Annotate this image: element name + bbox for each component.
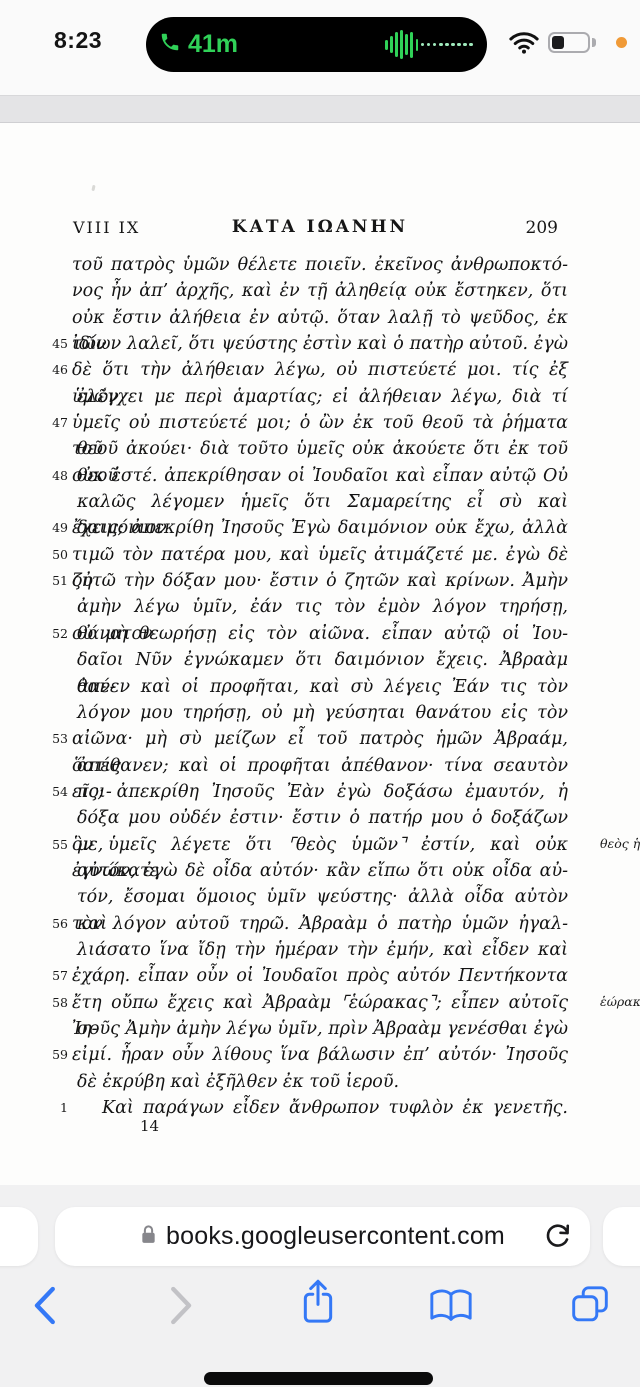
line-text: ἐλέγχει με περὶ ἁμαρτίας; εἰ ἀλήθειαν λέ… [77,384,568,410]
text-line: 51ζητῶ τὴν δόξαν μου· ἔστιν ὁ ζητῶν καὶ … [72,568,568,594]
verse-number: 56 [43,911,68,937]
back-button[interactable] [31,1284,58,1332]
text-line: λόγον μου τηρήσῃ, οὐ μὴ γεύσηται θανάτου… [72,700,568,726]
text-line: νος ἦν ἀπ’ ἀρχῆς, καὶ ἐν τῇ ἀληθείᾳ οὐκ … [72,278,568,304]
text-line: 56τὸν λόγον αὐτοῦ τηρῶ. Ἀβραὰμ ὁ πατὴρ ὑ… [72,911,568,937]
battery-level-fill [552,36,564,49]
text-line: 55ὃν ὑμεῖς λέγετε ὅτι ⌜θεὸς ὑμῶν⌝ ἐστίν,… [72,832,568,858]
text-line: θεοῦ ἀκούει· διὰ τοῦτο ὑμεῖς οὐκ ἀκούετε… [72,436,568,462]
line-text: σοῦς Ἀμὴν ἀμὴν λέγω ὑμῖν, πρὶν Ἀβραὰμ γε… [77,1016,568,1042]
verse-number: 55 [43,832,68,858]
audio-waveform-icon [385,17,473,72]
text-line: 52οὐ μὴ θεωρήσῃ εἰς τὸν αἰῶνα. εἶπαν αὐτ… [72,621,568,647]
line-text: τοῦ πατρὸς ὑμῶν θέλετε ποιεῖν. ἐκεῖνος ἀ… [72,252,568,278]
text-line: 45ἰδίων λαλεῖ, ὅτι ψεύστης ἐστὶν καὶ ὁ π… [72,331,568,357]
line-text: εἰμί. ἦραν οὖν λίθους ἵνα βάλωσιν ἐπ’ αὐ… [72,1042,568,1068]
verse-number: 58 [43,990,68,1016]
iphone-safari-screen: { "status_bar": { "time": "8:23", "call_… [0,0,640,1387]
text-line: 58ἔτη οὔπω ἔχεις καὶ Ἀβραὰμ ⌜ἑώρακας⌝; ε… [72,990,568,1016]
text-line: ἀπέθανεν; καὶ οἱ προφῆται ἀπέθανον· τίνα… [72,753,568,779]
text-line: καλῶς λέγομεν ἡμεῖς ὅτι Σαμαρείτης εἶ σὺ… [72,489,568,515]
line-text: οὐκ ἐστέ. ἀπεκρίθησαν οἱ Ἰουδαῖοι καὶ εἶ… [72,463,568,489]
line-text: θανεν καὶ οἱ προφῆται, καὶ σὺ λέγεις Ἐάν… [77,674,568,700]
verse-number: 50 [43,542,68,568]
text-line: λιάσατο ἵνα ἴδῃ τὴν ἡμέραν τὴν ἐμήν, καὶ… [72,937,568,963]
safari-bottom-chrome: books.googleusercontent.com [0,1185,640,1387]
text-line: δαῖοι Νῦν ἐγνώκαμεν ὅτι δαιμόνιον ἔχεις.… [72,647,568,673]
scan-speck [91,185,95,191]
text-line: 59εἰμί. ἦραν οὖν λίθους ἵνα βάλωσιν ἐπ’ … [72,1042,568,1068]
margin-note: θεὸς ἡμ [600,836,640,851]
collapsed-tab-bar-band[interactable] [0,95,640,123]
verse-number: 54 [43,779,68,805]
phone-icon [159,31,181,58]
text-line: 57ἐχάρη. εἶπαν οὖν οἱ Ἰουδαῖοι πρὸς αὐτό… [72,963,568,989]
status-bar: 8:23 41m [0,0,640,95]
verse-number: 51 [43,568,68,594]
text-line: 53αἰῶνα· μὴ σὺ μείζων εἶ τοῦ πατρὸς ἡμῶν… [72,726,568,752]
line-text: αὐτόν, ἐγὼ δὲ οἶδα αὐτόν· κἂν εἴπω ὅτι ο… [77,858,568,884]
call-duration-label: 41m [188,30,238,59]
line-text: νος ἦν ἀπ’ ἀρχῆς, καὶ ἐν τῇ ἀληθείᾳ οὐκ … [72,278,568,304]
signature-mark: 14 [140,1117,159,1135]
text-line: 50τιμῶ τὸν πατέρα μου, καὶ ὑμεῖς ἀτιμάζε… [72,542,568,568]
verse-number: 59 [43,1042,68,1068]
page-number: 209 [526,218,558,238]
lock-icon [140,1223,157,1251]
line-text: εῖς; ἀπεκρίθη Ἰησοῦς Ἐὰν ἐγὼ δοξάσω ἐμαυ… [72,779,568,805]
home-indicator[interactable] [204,1372,433,1385]
microphone-privacy-indicator [616,37,627,48]
bookmarks-button[interactable] [428,1288,474,1330]
dynamic-island-call-pill[interactable]: 41m [146,17,487,72]
tabs-button[interactable] [570,1283,610,1330]
line-text: λόγον μου τηρήσῃ, οὐ μὴ γεύσηται θανάτου… [77,700,568,726]
line-text: ἐχάρη. εἶπαν οὖν οἱ Ἰουδαῖοι πρὸς αὐτόν … [72,963,568,989]
text-line: δόξα μου οὐδέν ἐστιν· ἔστιν ὁ πατήρ μου … [72,805,568,831]
verse-number: 53 [43,726,68,752]
line-text: ζητῶ τὴν δόξαν μου· ἔστιν ὁ ζητῶν καὶ κρ… [72,568,568,594]
text-line: 54εῖς; ἀπεκρίθη Ἰησοῦς Ἐὰν ἐγὼ δοξάσω ἐμ… [72,779,568,805]
line-text: λιάσατο ἵνα ἴδῃ τὴν ἡμέραν τὴν ἐμήν, καὶ… [77,937,568,963]
text-line: 46δὲ ὅτι τὴν ἀλήθειαν λέγω, οὐ πιστεύετέ… [72,357,568,383]
verse-number: 1 [43,1095,68,1121]
line-text: οὐ μὴ θεωρήσῃ εἰς τὸν αἰῶνα. εἶπαν αὐτῷ … [72,621,568,647]
verse-number: 47 [43,410,68,436]
page-header: VIII IX ΚΑΤΑ ΙΩΑΝΗΝ 209 [0,218,640,240]
url-bar[interactable]: books.googleusercontent.com [55,1207,590,1266]
status-time: 8:23 [54,27,102,54]
verse-number: 45 [43,331,68,357]
text-line: 48οὐκ ἐστέ. ἀπεκρίθησαν οἱ Ἰουδαῖοι καὶ … [72,463,568,489]
margin-note: ἑώρακέ [600,994,640,1009]
previous-tab-pill[interactable] [0,1207,38,1266]
text-line: ἀμὴν λέγω ὑμῖν, ἐάν τις τὸν ἐμὸν λόγον τ… [72,594,568,620]
text-line: θανεν καὶ οἱ προφῆται, καὶ σὺ λέγεις Ἐάν… [72,674,568,700]
book-page-scan[interactable]: VIII IX ΚΑΤΑ ΙΩΑΝΗΝ 209 τοῦ πατρὸς ὑμῶν … [0,123,640,1185]
next-tab-pill[interactable] [603,1207,640,1266]
url-text: books.googleusercontent.com [166,1222,505,1251]
share-button[interactable] [299,1277,337,1332]
line-text: ἔχεις; ἀπεκρίθη Ἰησοῦς Ἐγὼ δαιμόνιον οὐκ… [72,515,568,541]
text-line: 49ἔχεις; ἀπεκρίθη Ἰησοῦς Ἐγὼ δαιμόνιον ο… [72,515,568,541]
line-text: δὲ ἐκρύβη καὶ ἐξῆλθεν ἐκ τοῦ ἱεροῦ. [77,1069,568,1095]
text-line: οὐκ ἔστιν ἀλήθεια ἐν αὐτῷ. ὅταν λαλῇ τὸ … [72,305,568,331]
wifi-icon [509,31,539,59]
text-line: τόν, ἔσομαι ὅμοιος ὑμῖν ψεύστης· ἀλλὰ οἶ… [72,884,568,910]
line-text: ἰδίων λαλεῖ, ὅτι ψεύστης ἐστὶν καὶ ὁ πατ… [72,331,568,357]
verse-number: 57 [43,963,68,989]
text-line: αὐτόν, ἐγὼ δὲ οἶδα αὐτόν· κἂν εἴπω ὅτι ο… [72,858,568,884]
text-lines: τοῦ πατρὸς ὑμῶν θέλετε ποιεῖν. ἐκεῖνος ἀ… [72,252,568,1121]
text-line: δὲ ἐκρύβη καὶ ἐξῆλθεν ἐκ τοῦ ἱεροῦ. [72,1069,568,1095]
forward-button[interactable] [168,1284,195,1332]
battery-icon [548,32,590,53]
reload-button[interactable] [541,1220,574,1258]
verse-number: 48 [43,463,68,489]
verse-number: 52 [43,621,68,647]
line-text: τὸν λόγον αὐτοῦ τηρῶ. Ἀβραὰμ ὁ πατὴρ ὑμῶ… [72,911,568,937]
text-line: σοῦς Ἀμὴν ἀμὴν λέγω ὑμῖν, πρὶν Ἀβραὰμ γε… [72,1016,568,1042]
text-line: ἐλέγχει με περὶ ἁμαρτίας; εἰ ἀλήθειαν λέ… [72,384,568,410]
verse-number: 49 [43,515,68,541]
verse-number: 46 [43,357,68,383]
text-line: 47ὑμεῖς οὐ πιστεύετέ μοι; ὁ ὢν ἐκ τοῦ θε… [72,410,568,436]
text-line: τοῦ πατρὸς ὑμῶν θέλετε ποιεῖν. ἐκεῖνος ἀ… [72,252,568,278]
battery-nub [592,38,596,47]
